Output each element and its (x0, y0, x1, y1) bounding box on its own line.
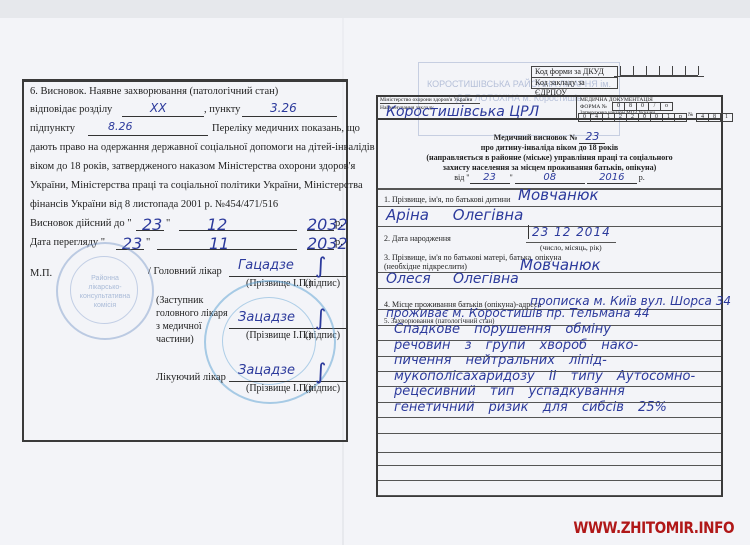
form-title-block: Медичний висновок № 23 про дитину-інвалі… (378, 120, 721, 184)
code-cell: 8 (624, 102, 636, 111)
medical-conclusion-form: Медичний висновок № 23 про дитину-інвалі… (376, 118, 723, 497)
body-line: віком до 18 років, затвердженого наказом… (30, 161, 355, 172)
attending-doctor-name: Зацадзе (238, 363, 295, 378)
year-suffix: р. (335, 218, 343, 229)
birth-date-label: 2. Дата народження (384, 234, 451, 243)
conclusion-section: 6. Висновок. Наявне захворювання (патоло… (22, 79, 348, 442)
child-surname: Мовчанюк (518, 186, 599, 204)
review-month: 11 (157, 237, 297, 250)
dkud-cells (620, 66, 711, 76)
code-cell: / (648, 102, 660, 111)
review-year: 2032 (307, 237, 334, 250)
valid-year: 2032 (307, 218, 334, 231)
item-label: , пункту (204, 104, 240, 115)
watermark: WWW.ZHITOMIR.INFO (573, 518, 734, 537)
birth-date-value: 23 12 2014 (528, 225, 611, 239)
year-suffix: р. (639, 173, 645, 182)
date-month: 08 (515, 173, 585, 184)
date-day: 23 (470, 173, 510, 184)
year-suffix: р. (335, 237, 343, 248)
quote: " (166, 218, 170, 229)
item-field: 3.26 (242, 104, 337, 117)
body-line: дають право на одержання державної соціа… (30, 142, 375, 153)
title-line: (направляється в районне (міське) управл… (378, 153, 721, 163)
subitem-field: 8.26 (88, 123, 208, 136)
valid-until-label: Висновок дійсний до " (30, 218, 132, 229)
form-label: ФОРМА № (580, 104, 607, 110)
section-field: XX (122, 104, 204, 117)
signature-mark: ∫ (315, 254, 326, 279)
list-text: Переліку медичних показань, що (212, 123, 360, 134)
conclusion-number: 23 (579, 130, 605, 144)
body-line: фінансів України від 8 листопада 2001 р.… (30, 199, 278, 210)
signature-mark: ∫ (315, 360, 326, 385)
code-cell: 0 (636, 102, 648, 111)
code-cell: 0 (612, 102, 624, 111)
parent-given-names: Олеся Олегівна (386, 271, 519, 287)
child-name-label: 1. Прізвище, ім'я, по батькові дитини (384, 195, 510, 204)
form-number-cells: 080/о (612, 102, 673, 111)
parent-note: (необхідне підкреслити) (384, 262, 467, 271)
section-title: 6. Висновок. Наявне захворювання (патоло… (30, 86, 278, 97)
name-caption: (Прізвище І.П.) (246, 383, 312, 394)
valid-month: 12 (179, 218, 297, 231)
form-title: Медичний висновок № (494, 133, 578, 142)
code-cell: о (660, 102, 673, 111)
ministry: Міністерство охорони здоров'я України (380, 97, 480, 104)
body-line: України, Міністерства праці та соціально… (30, 180, 363, 191)
subitem-label: підпункту (30, 123, 75, 134)
edrpou-code-label: Код закладу за ЄДРПОУ (531, 77, 618, 89)
chief-doctor-name: Гацадзе (238, 258, 294, 273)
date-year: 2016 (587, 173, 637, 184)
stamp-label: М.П. (30, 268, 52, 279)
child-given-names: Аріна Олегівна (386, 206, 523, 224)
title-line: про дитину-інваліда віком до 18 років (378, 143, 721, 153)
valid-day: 23 (136, 218, 164, 231)
quote: " (146, 237, 150, 248)
commission-stamp: Районна лікарсько-консультативна комісія (56, 242, 154, 340)
section-label: відповідає розділу (30, 104, 112, 115)
sign-caption: (підпис) (305, 278, 340, 289)
birth-date-caption: (число, місяць, рік) (540, 243, 602, 252)
attending-doctor-label: Лікуючий лікар (156, 372, 226, 383)
chief-doctor-label: / Головний лікар (148, 266, 222, 277)
date-prefix: від " (454, 173, 469, 182)
